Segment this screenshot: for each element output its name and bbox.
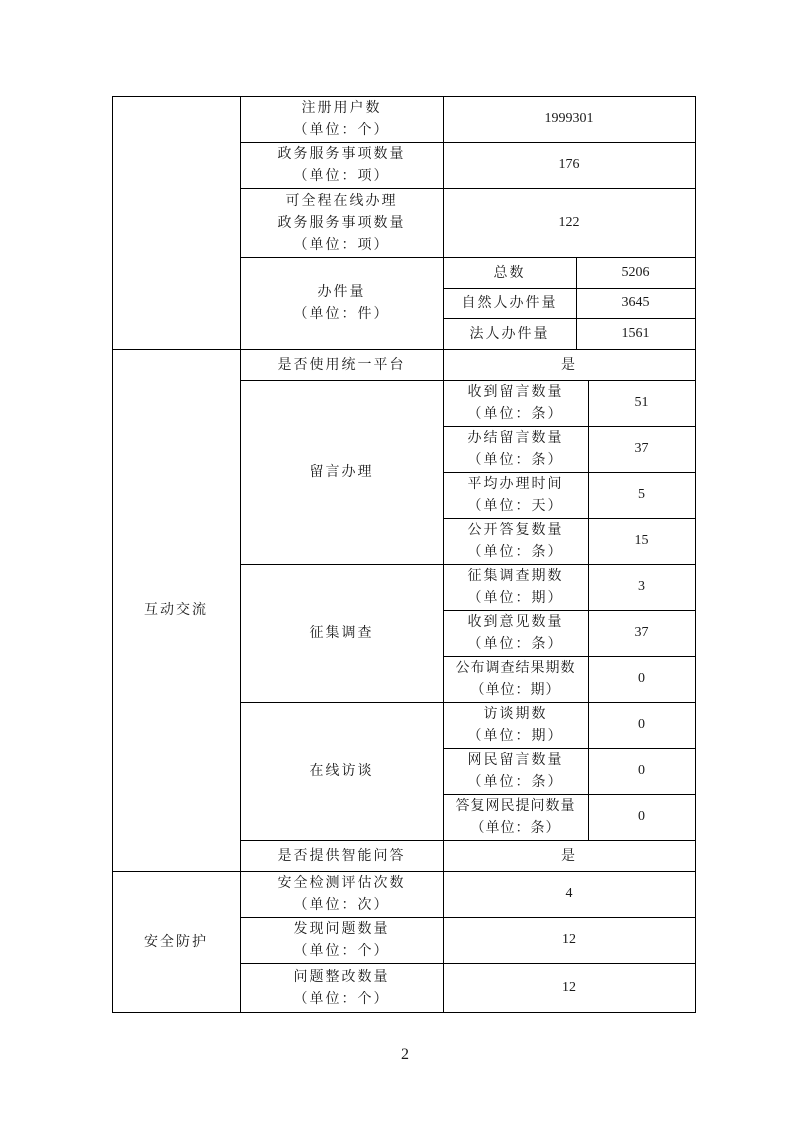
label-case-total: 总数 (443, 257, 576, 288)
value-public-replies: 15 (588, 518, 695, 564)
label-case-natural-person: 自然人办件量 (443, 288, 576, 318)
label-opinions-received: 收到意见数量（单位：条） (443, 610, 588, 656)
label-case-volume: 办件量（单位：件） (240, 257, 443, 349)
section-divider (112, 349, 696, 350)
label-survey-periods: 征集调查期数（单位：期） (443, 564, 588, 610)
value-online-service-items: 122 (443, 188, 695, 257)
value-survey-periods: 3 (588, 564, 695, 610)
value-security-assessments: 4 (443, 871, 695, 917)
label-service-items: 政务服务事项数量（单位：项） (240, 142, 443, 188)
label-security-assessments: 安全检测评估次数（单位：次） (240, 871, 443, 917)
label-online-service-items: 可全程在线办理政务服务事项数量（单位：项） (240, 188, 443, 257)
label-unified-platform: 是否使用统一平台 (240, 349, 443, 380)
label-average-handling-time: 平均办理时间（单位：天） (443, 472, 588, 518)
label-survey: 征集调查 (240, 564, 443, 702)
label-message-handling: 留言办理 (240, 380, 443, 564)
value-issues-fixed: 12 (443, 963, 695, 1012)
row-divider (240, 380, 696, 381)
value-messages-closed: 37 (588, 426, 695, 472)
row-divider (443, 656, 696, 657)
table-border-bottom (112, 1012, 696, 1013)
row-divider (240, 840, 696, 841)
label-registered-users: 注册用户数（单位：个） (240, 96, 443, 142)
label-interview-periods: 访谈期数（单位：期） (443, 702, 588, 748)
row-divider (443, 318, 696, 319)
category-interaction: 互动交流 (112, 349, 240, 871)
category-security: 安全防护 (112, 871, 240, 1012)
row-divider (240, 188, 696, 189)
value-smart-qa: 是 (443, 840, 695, 871)
row-divider (240, 963, 696, 964)
label-issues-found: 发现问题数量（单位：个） (240, 917, 443, 963)
value-interview-periods: 0 (588, 702, 695, 748)
value-issues-found: 12 (443, 917, 695, 963)
row-divider (443, 288, 696, 289)
row-divider (443, 518, 696, 519)
label-netizen-messages: 网民留言数量（单位：条） (443, 748, 588, 794)
value-registered-users: 1999301 (443, 96, 695, 142)
table-border-right (695, 96, 696, 1013)
row-divider (240, 142, 696, 143)
value-netizen-messages: 0 (588, 748, 695, 794)
row-divider (443, 472, 696, 473)
value-netizen-questions-answered: 0 (588, 794, 695, 840)
label-case-legal-person: 法人办件量 (443, 318, 576, 349)
row-divider (443, 426, 696, 427)
table-border-top (112, 96, 696, 97)
row-divider (240, 564, 696, 565)
value-survey-results-published: 0 (588, 656, 695, 702)
value-case-total: 5206 (576, 257, 695, 288)
label-smart-qa: 是否提供智能问答 (240, 840, 443, 871)
section-divider (112, 871, 696, 872)
value-opinions-received: 37 (588, 610, 695, 656)
label-messages-closed: 办结留言数量（单位：条） (443, 426, 588, 472)
page-number: 2 (390, 1046, 420, 1064)
value-average-handling-time: 5 (588, 472, 695, 518)
label-issues-fixed: 问题整改数量（单位：个） (240, 963, 443, 1012)
column-divider-2 (443, 96, 444, 1013)
value-unified-platform: 是 (443, 349, 695, 380)
value-messages-received: 51 (588, 380, 695, 426)
row-divider (443, 610, 696, 611)
table-border-left (112, 96, 113, 1013)
value-case-legal-person: 1561 (576, 318, 695, 349)
label-public-replies: 公开答复数量（单位：条） (443, 518, 588, 564)
row-divider (240, 257, 696, 258)
row-divider (443, 794, 696, 795)
label-online-interview: 在线访谈 (240, 702, 443, 840)
row-divider (240, 917, 696, 918)
row-divider (443, 748, 696, 749)
category-cell-blank (112, 96, 240, 349)
column-divider-3-top (576, 257, 577, 349)
row-divider (240, 702, 696, 703)
label-messages-received: 收到留言数量（单位：条） (443, 380, 588, 426)
label-survey-results-published: 公布调查结果期数（单位：期） (443, 656, 588, 702)
value-case-natural-person: 3645 (576, 288, 695, 318)
value-service-items: 176 (443, 142, 695, 188)
column-divider-1 (240, 96, 241, 1013)
label-netizen-questions-answered: 答复网民提问数量（单位：条） (443, 794, 588, 840)
